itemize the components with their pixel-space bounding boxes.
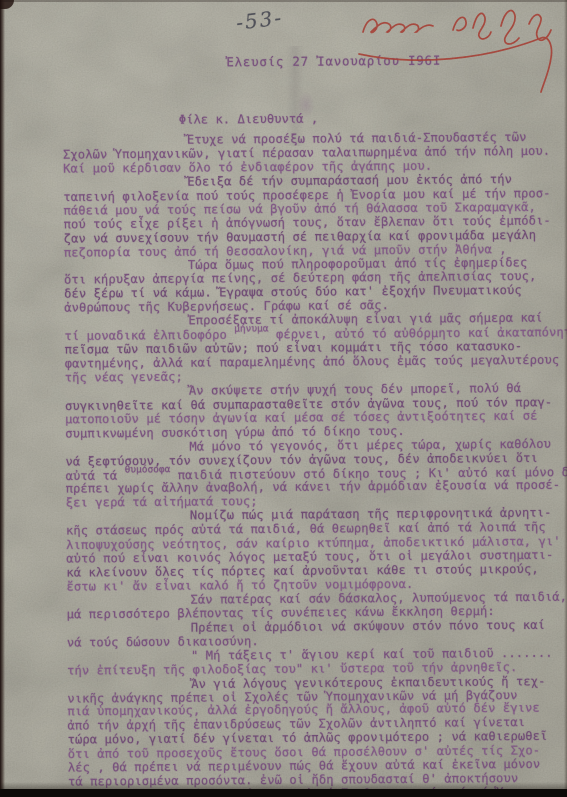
red-underline-flourish: [359, 38, 552, 92]
inserted-word: θυμόσοφα: [125, 464, 171, 475]
scan-edge-left: [0, 0, 5, 797]
inserted-word: μήνυμα: [234, 323, 268, 334]
page-number: -53-: [235, 5, 285, 35]
scan-corner-top-left: [0, 0, 14, 9]
letter-body: Ἔτυχε νά προσέξω πολύ τά παιδιά-Σπουδαστ…: [63, 131, 566, 797]
red-ink-annotation: [345, 2, 567, 132]
red-scribble-word1: [363, 19, 433, 32]
text-line: τίς γνώσεις καί τά δικαιώματα πού τά Πρω…: [68, 786, 566, 797]
scanned-letter-page: -53- Ἐλευσίς 27 Ἰανουαρίου Ι96Ι Φίλε κ. …: [0, 0, 567, 797]
letter-content: Ἐλευσίς 27 Ἰανουαρίου Ι96Ι Φίλε κ. Διευθ…: [62, 53, 566, 797]
